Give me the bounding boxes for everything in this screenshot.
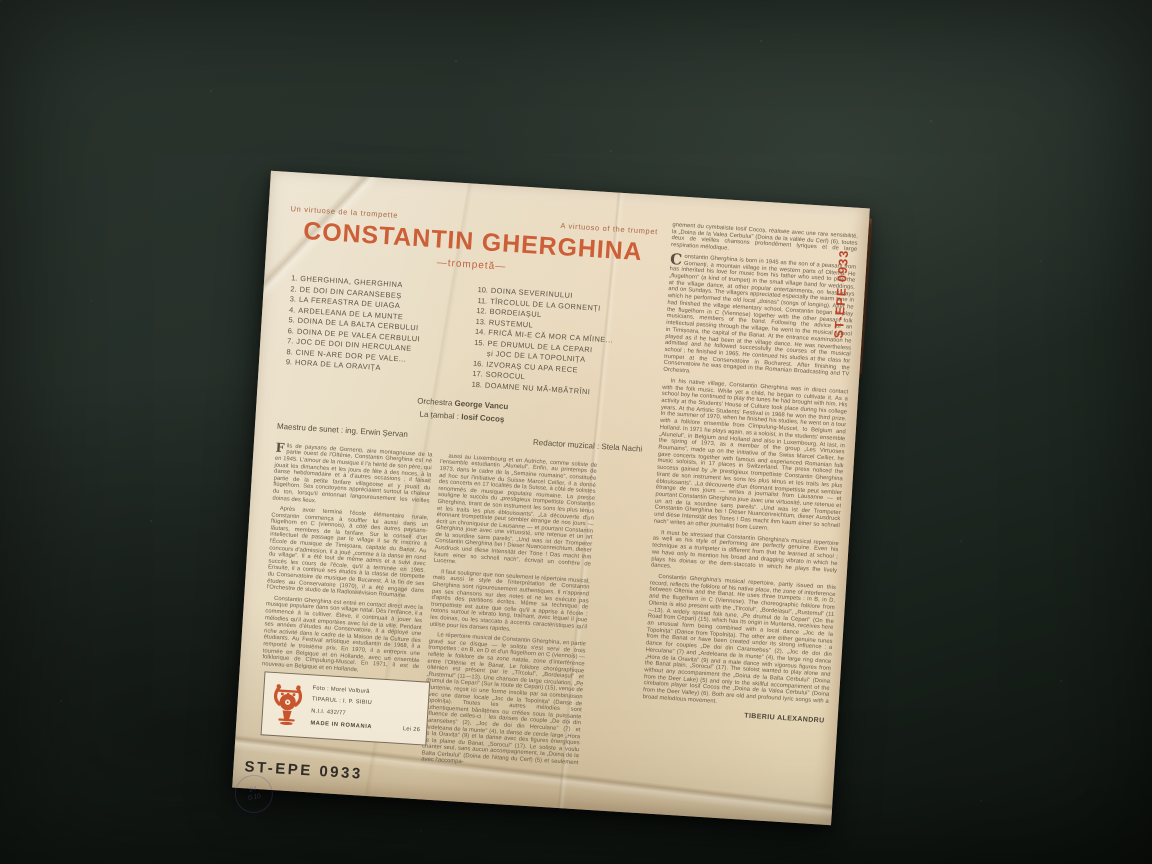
price-stamp: 24 0.10 bbox=[232, 772, 276, 816]
paragraph: Constantin Gherghina est entré en contac… bbox=[262, 595, 423, 677]
paragraph: Fils de paysans de Gornenți, aire montag… bbox=[272, 442, 432, 511]
paragraph: Constantin Gherghina's musical repertoir… bbox=[642, 573, 836, 712]
sound-engineer-credit: Maestru de sunet : ing. Erwin Șervan bbox=[277, 421, 408, 438]
cimbalom-name: Iosif Cocoș bbox=[461, 412, 505, 424]
record-sleeve-back: Un virtuose de la trompette A virtuoso o… bbox=[232, 171, 870, 825]
paragraph: In his native village, Constantin Ghergh… bbox=[653, 378, 848, 537]
tracklist: 1.GHERGHINA, GHERGHINA 2.DE DOI DIN CARA… bbox=[280, 273, 654, 401]
paragraph: Après avoir terminé l'école élémentaire … bbox=[267, 506, 429, 601]
tracklist-side-1: 1.GHERGHINA, GHERGHINA 2.DE DOI DIN CARA… bbox=[280, 273, 463, 389]
stamp-line-2: 0.10 bbox=[248, 793, 262, 804]
publisher-lines: Foto : Morel Volbură TIPARUL : I. P. SIB… bbox=[310, 683, 423, 737]
orchestra-name: George Vancu bbox=[454, 399, 508, 411]
paragraph: It must be stressed that Constantin Gher… bbox=[651, 529, 839, 581]
dust-specks bbox=[0, 0, 2, 2]
paragraph: Il faut souligner que non seulement le r… bbox=[430, 569, 590, 638]
made-in-romania: MADE IN ROMANIA bbox=[310, 718, 372, 734]
paragraph: Constantin Gherghina is born in 1945 as … bbox=[663, 253, 856, 385]
paragraph: aussi au Luxembourg et en Autriche, comm… bbox=[434, 453, 598, 575]
photo-background: Un virtuose de la trompette A virtuoso o… bbox=[0, 0, 1152, 864]
electrecord-lyre-icon bbox=[268, 683, 307, 727]
paragraph: Le répertoire musical de Constantin Gher… bbox=[421, 632, 586, 773]
french-column-2: aussi au Luxembourg et en Autriche, comm… bbox=[421, 453, 597, 778]
publisher-box: Foto : Morel Volbură TIPARUL : I. P. SIB… bbox=[261, 671, 431, 745]
tracklist-side-2: 10.DOINA SEVERINULUI 11.TÎRCOLUL DE LA G… bbox=[471, 285, 654, 401]
liner-notes-right-column: gnement du cymbaliste Iosif Cocoș, réali… bbox=[638, 222, 858, 781]
music-editor-credit: Redactor muzical : Stela Nachi bbox=[533, 438, 643, 454]
price: Lei 26 bbox=[402, 724, 420, 737]
dropcap-f: F bbox=[275, 442, 285, 453]
dropcap-c: C bbox=[670, 253, 683, 266]
